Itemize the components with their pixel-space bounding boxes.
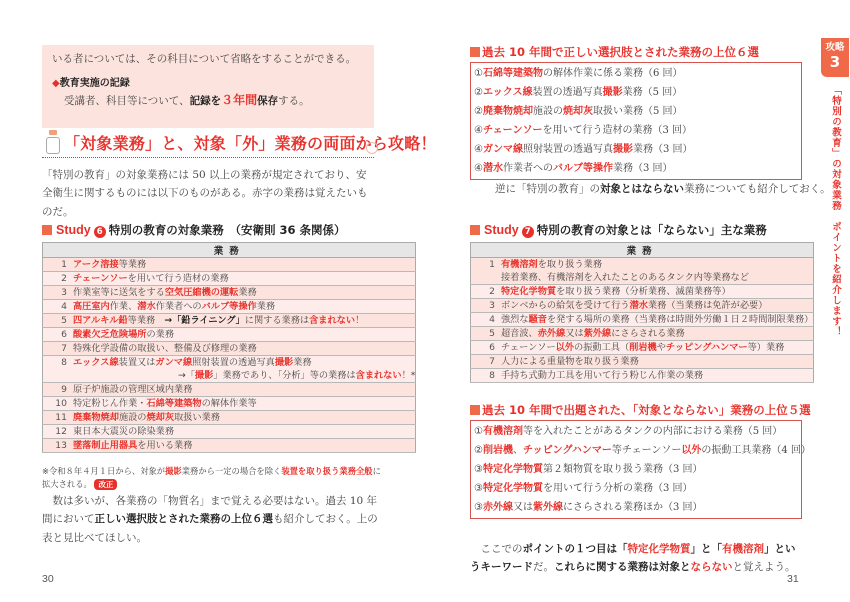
highlight-text: チッピングハンマー (523, 445, 612, 456)
row-number: 3 (53, 286, 67, 299)
list-item: ④ガンマ線照射装置の透過写真撮影業務（3 回） (474, 140, 798, 159)
top5-list: ①有機溶剤等を入れたことがあるタンクの内部における業務（5 回）②削岩機、チッピ… (470, 420, 802, 519)
highlight-text: バルブ等操作 (553, 163, 613, 174)
table-row: 4高圧室内作業、潜水作業者へのバルブ等操作業務 (43, 300, 416, 314)
table-row: 2特定化学物質を取り扱う業務（分析業務、滅菌業務等） (471, 285, 814, 299)
highlight-text: 石綿等建築物 (147, 398, 202, 409)
row-number: 7 (53, 342, 67, 355)
closing-paragraph: 数は多いが、各業務の「物質名」まで覚える必要はない。過去 10 年間において正し… (42, 492, 382, 547)
highlight-text: チェーンソー (483, 125, 543, 136)
row-number: 2 (481, 285, 495, 298)
list-item: ③赤外線又は紫外線にさらされる業務ほか（3 回） (474, 498, 798, 517)
highlight-text: 削岩機 (629, 342, 657, 353)
highlight-text: 以外 (556, 342, 574, 353)
highlight-text: ガンマ線 (483, 144, 523, 155)
top5-title: 過去 10 年間で出題された、「対象とならない」業務の上位５選 (470, 402, 811, 418)
table-row: 12東日本大震災の除染業務 (43, 425, 416, 439)
table-row: 8手持ち式動力工具を用いて行う粉じん作業の業務 (471, 369, 814, 383)
table-row: 3作業室等に送気をする空気圧縮機の運転業務 (43, 286, 416, 300)
info-heading: ◆教育実施の記録 (52, 76, 364, 91)
list-item: ②廃棄物焼却施設の焼却灰取扱い業務（5 回） (474, 102, 798, 121)
top6-list: ①石綿等建築物の解体作業に係る業務（6 回）②エックス線装置の透過写真撮影業務（… (470, 62, 802, 180)
left-page: いる者については、その科目について省略をすることができる。 ◆教育実施の記録 受… (0, 0, 425, 602)
list-item: ②エックス線装置の透過写真撮影業務（5 回） (474, 83, 798, 102)
highlight-text: 酸素欠乏危険場所 (73, 329, 147, 340)
list-item: ③特定化学物質を用いて行う分析の業務（3 回） (474, 479, 798, 498)
table-row: 5超音波、赤外線又は紫外線にさらされる業務 (471, 327, 814, 341)
highlight-text: 紫外線 (533, 502, 563, 513)
highlight-text: アーク溶接 (73, 259, 119, 270)
row-number: 3 (481, 299, 495, 312)
highlight-text: 焼却灰 (563, 106, 593, 117)
row-number: 4 (481, 313, 495, 326)
table-row: 3ボンベからの給気を受けて行う潜水業務（当業務は免許が必要） (471, 299, 814, 313)
transition-paragraph: 逆に「特別の教育」の対象とはならない業務についても紹介しておく。 (495, 180, 815, 198)
highlight-text: 騒音 (529, 314, 547, 325)
top6-title: 過去 10 年間で正しい選択肢とされた業務の上位６選 (470, 44, 759, 60)
bubble-icon (366, 142, 378, 154)
page-number: 31 (787, 573, 799, 585)
highlight-text: 廃棄物焼却 (483, 106, 533, 117)
study-number-badge: 7 (522, 226, 534, 238)
row-number: 6 (481, 341, 495, 354)
highlight-text: 特定化学物質 (483, 464, 543, 475)
highlight-text: 墜落制止用器具 (73, 440, 137, 451)
info-line: いる者については、その科目について省略をすることができる。 (52, 52, 364, 68)
row-number: 2 (53, 272, 67, 285)
chapter-tab-text: 「特別の教育」の対象業務 ポイントを紹介します！ (828, 85, 842, 337)
row-number: 1 (53, 258, 67, 271)
highlight-text: 焼却灰 (147, 412, 175, 423)
study6-title: Study6特別の教育の対象業務 （安衛則 36 条関係） (42, 222, 346, 238)
table-row: 6チェーンソー以外の振動工具（削岩機やチッピングハンマー等）業務 (471, 341, 814, 355)
highlight-text: 含まれない (309, 315, 355, 326)
list-item: ①有機溶剤等を入れたことがあるタンクの内部における業務（5 回） (474, 422, 798, 441)
row-number: 6 (53, 328, 67, 341)
row-number: 8 (481, 369, 495, 382)
row-number: 12 (53, 425, 67, 438)
highlight-text: 特定化学物質 (501, 286, 556, 297)
table-row: 10特定粉じん作業・石綿等建築物の解体作業等 (43, 397, 416, 411)
row-number: 9 (53, 383, 67, 396)
intro-paragraph: 「特別の教育」の対象業務には 50 以上の業務が規定されており、安全衛生に関する… (42, 166, 377, 221)
table-row: 7特殊化学設備の取扱い、整備及び修理の業務 (43, 342, 416, 356)
chapter-side-tab[interactable]: 攻略 3 「特別の教育」の対象業務 ポイントを紹介します！ (821, 38, 849, 337)
closing-paragraph: ここでのポイントの１つ目は「特定化学物質」と「有機溶剤」というキーワードだ。これ… (470, 540, 805, 577)
highlight-text: 石綿等建築物 (483, 68, 543, 79)
revision-badge: 改正 (94, 479, 117, 490)
list-item: ④潜水作業者へのバルブ等操作業務（3 回） (474, 159, 798, 178)
highlight-text: エックス線 (73, 357, 119, 368)
table-row: 2チェーンソーを用いて行う造材の業務 (43, 272, 416, 286)
list-item: ①石綿等建築物の解体作業に係る業務（6 回） (474, 64, 798, 83)
highlight-text: 紫外線 (584, 328, 612, 339)
highlight-text: 撮影 (613, 144, 633, 155)
table-row: 9原子炉施設の管理区域内業務 (43, 383, 416, 397)
list-item: ②削岩機、チッピングハンマー等チェーンソー以外の振動工具業務（4 回） (474, 441, 798, 460)
highlight-text: 有機溶剤 (483, 426, 523, 437)
row-number: 11 (53, 411, 67, 424)
study7-title: Study7特別の教育の対象とは「ならない」主な業務 (470, 222, 767, 238)
table-row: 5四アルキル鉛等業務 →「鉛ライニング」に関する業務は含まれない！ (43, 314, 416, 328)
table-row: 1有機溶剤を取り扱う業務接着業務、有機溶剤を入れたことのあるタンク内等業務など (471, 258, 814, 285)
highlight-text: 空気圧縮機の運転 (165, 287, 239, 298)
highlight-text: ガンマ線 (155, 357, 192, 368)
table-row: 8エックス線装置又はガンマ線照射装置の透過写真撮影業務→「撮影」業務であり、「分… (43, 356, 416, 383)
table-row: 4強烈な騒音を発する場所の業務（当業務は時間外労働１日２時間制限業務） (471, 313, 814, 327)
highlight-text: 含まれない (356, 370, 402, 381)
highlight-text: 撮影 (195, 370, 213, 381)
highlight-text: 高圧室内 (73, 301, 110, 312)
row-number: 13 (53, 439, 67, 452)
highlight-text: 潜水 (630, 300, 648, 311)
square-bullet-icon (470, 405, 480, 415)
table-row: 7人力による重量物を取り扱う業務 (471, 355, 814, 369)
row-number: 1 (481, 258, 495, 271)
highlight-text: バルブ等操作 (202, 301, 257, 312)
row-number: 10 (53, 397, 67, 410)
highlight-text: 潜水 (483, 163, 503, 174)
highlight-text: エックス線 (483, 87, 533, 98)
highlight-text: 有機溶剤 (501, 259, 538, 270)
list-item: ④チェーンソーを用いて行う造材の業務（3 回） (474, 121, 798, 140)
highlight-text: 赤外線 (483, 502, 513, 513)
highlight-text: 廃棄物焼却 (73, 412, 119, 423)
highlight-text: 赤外線 (538, 328, 566, 339)
table-row: 1アーク溶接等業務 (43, 258, 416, 272)
highlight-text: 以外 (681, 445, 701, 456)
column-header: 業務 (43, 243, 416, 258)
study7-table: 業務 1有機溶剤を取り扱う業務接着業務、有機溶剤を入れたことのあるタンク内等業務… (470, 242, 814, 383)
column-header: 業務 (471, 243, 814, 258)
square-bullet-icon (42, 225, 52, 235)
diamond-icon: ◆ (52, 78, 60, 89)
row-number: 5 (53, 314, 67, 327)
row-number: 7 (481, 355, 495, 368)
table-row: 11廃棄物焼却施設の焼却灰取扱い業務 (43, 411, 416, 425)
study6-table: 業務 1アーク溶接等業務2チェーンソーを用いて行う造材の業務3作業室等に送気をす… (42, 242, 416, 453)
highlight-text: 撮影 (275, 357, 293, 368)
highlight-text: 特定化学物質 (483, 483, 543, 494)
education-record-box: いる者については、その科目について省略をすることができる。 ◆教育実施の記録 受… (42, 45, 374, 128)
study-number-badge: 6 (94, 226, 106, 238)
info-body: 受講者、科目等について、記録を３年間保存する。 (52, 91, 364, 110)
highlight-text: 潜水 (137, 301, 155, 312)
row-number: 5 (481, 327, 495, 340)
highlight-text: 撮影 (603, 87, 623, 98)
highlight-text: 削岩機 (483, 445, 513, 456)
highlight-text: チッピングハンマー (666, 342, 748, 353)
table-row: 13墜落制止用器具を用いる業務 (43, 439, 416, 453)
square-bullet-icon (470, 225, 480, 235)
highlight-text: 四アルキル鉛 (73, 315, 128, 326)
right-page: 過去 10 年間で正しい選択肢とされた業務の上位６選 ①石綿等建築物の解体作業に… (425, 0, 850, 602)
row-number: 4 (53, 300, 67, 313)
row-number: 8 (53, 356, 67, 369)
highlight-text: チェーンソー (73, 273, 128, 284)
chapter-tab-head: 攻略 3 (821, 38, 849, 77)
table-row: 6酸素欠乏危険場所の業務 (43, 328, 416, 342)
section-heading: 「対象業務」と、対象「外」業務の両面から攻略！ (42, 126, 374, 158)
square-bullet-icon (470, 47, 480, 57)
list-item: ③特定化学物質第２類物質を取り扱う業務（3 回） (474, 460, 798, 479)
page-number: 30 (42, 573, 54, 585)
footnote: ※令和８年４月１日から、対象が撮影業務から一定の場合を除く装置を取り扱う業務全般… (42, 465, 382, 491)
bottle-icon (46, 130, 60, 154)
